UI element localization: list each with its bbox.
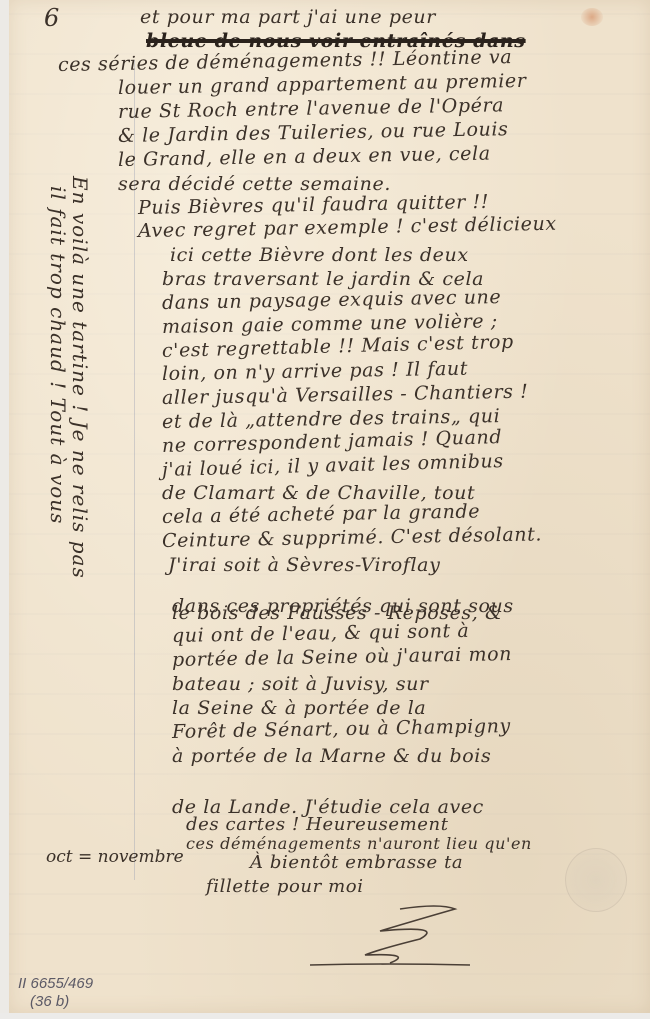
letter-line: à portée de la Marne & du bois — [172, 745, 491, 767]
scan-background-edge — [0, 1013, 650, 1019]
faint-archive-stamp — [565, 848, 627, 912]
signature-flourish — [270, 905, 510, 975]
letter-line: ici cette Bièvre dont les deux — [170, 244, 469, 266]
margin-note-line-1: En voilà une tartine ! Je ne relis pas — [68, 176, 92, 579]
paper-stain — [581, 8, 603, 26]
archive-call-number: II 6655/469 — [18, 975, 93, 993]
letter-line: la Seine & à portée de la — [172, 697, 426, 719]
archive-folio: (36 b) — [18, 993, 93, 1011]
closing-line: fillette pour moi — [206, 876, 364, 897]
letter-line: ces déménagements n'auront lieu qu'en — [186, 834, 532, 853]
letter-line: À bientôt embrasse ta — [250, 852, 463, 873]
letter-line: des cartes ! Heureusement — [186, 814, 449, 835]
margin-note-line-2: il fait trop chaud ! Tout à vous — [46, 186, 70, 524]
archive-reference: II 6655/469 (36 b) — [18, 975, 93, 1011]
letter-line: J'irai soit à Sèvres-Viroflay — [168, 554, 440, 576]
dateline-note: oct = novembre — [46, 847, 184, 867]
letter-line: sera décidé cette semaine. — [118, 173, 391, 195]
letter-line: et pour ma part j'ai une peur — [140, 6, 436, 28]
page-number: 6 — [44, 4, 59, 32]
letter-line: bateau ; soit à Juvisy, sur — [172, 673, 429, 695]
